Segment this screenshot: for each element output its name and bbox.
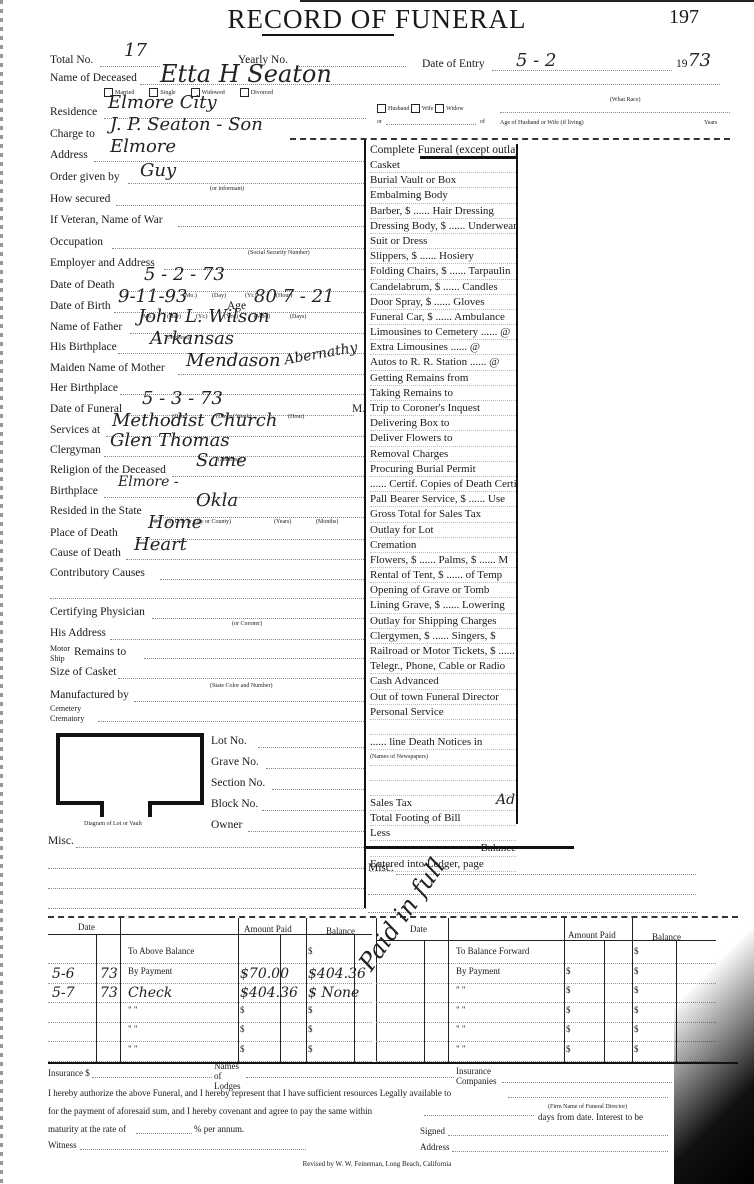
name-of-father-label: Name of Father bbox=[50, 321, 122, 333]
charge-item: Cash Advanced bbox=[370, 674, 516, 689]
ledger-cell-desc: " " bbox=[128, 1024, 138, 1034]
year-value[interactable]: 73 bbox=[688, 50, 711, 71]
ledger-row: By Payment$$ bbox=[376, 964, 716, 984]
ledger-row: " "$$ bbox=[376, 983, 716, 1003]
charge-item: Outlay for Lot bbox=[370, 523, 516, 538]
ledger-row: " "$$ bbox=[376, 1042, 716, 1062]
ledger-cell-paid: $ bbox=[566, 1024, 571, 1034]
lot-diagram-bottom-left bbox=[56, 801, 104, 805]
address-label: Address bbox=[50, 149, 88, 161]
ledger-cell-paid: $70.00 bbox=[240, 966, 289, 982]
insurance-label: Insurance $ bbox=[48, 1068, 90, 1078]
section-no-label: Section No. bbox=[211, 777, 265, 789]
widow-checkbox[interactable] bbox=[435, 104, 444, 113]
age-value[interactable]: 80 7 - 21 bbox=[254, 286, 335, 307]
ledger-cell-desc: " " bbox=[128, 1005, 138, 1015]
ledger-cell-balance: $ bbox=[308, 1005, 313, 1015]
ledger-cell-paid: $ bbox=[566, 1044, 571, 1054]
veteran-label: If Veteran, Name of War bbox=[50, 214, 163, 226]
his-birthplace-label: His Birthplace bbox=[50, 341, 117, 353]
ledger-cell-desc: By Payment bbox=[456, 966, 500, 976]
ledger-row: To Above Balance$ bbox=[48, 944, 372, 964]
spouse-of-label: of bbox=[480, 119, 485, 125]
percent-text: % per annum. bbox=[194, 1124, 244, 1134]
charge-item: Removal Charges bbox=[370, 447, 516, 462]
charges-right-border bbox=[516, 144, 518, 824]
race-line bbox=[500, 112, 730, 113]
days-text: days from date. Interest to be bbox=[538, 1112, 643, 1122]
state-color-sublabel: (State Color and Number) bbox=[210, 683, 272, 689]
ledger-cell-balance: $ bbox=[308, 1024, 313, 1034]
order-given-by-line bbox=[128, 183, 366, 184]
ledger-right-paid-header: Amount Paid bbox=[568, 930, 616, 940]
insurance-companies-label: Insurance Companies bbox=[456, 1066, 516, 1086]
years-label: Years bbox=[704, 120, 717, 126]
address-footer-label: Address bbox=[420, 1142, 450, 1152]
residence-label: Residence bbox=[50, 106, 97, 118]
ledger-cell-paid: $404.36 bbox=[240, 985, 298, 1001]
ledger-cell-desc: " " bbox=[128, 1044, 138, 1054]
ledger-cell-paid: $ bbox=[566, 966, 571, 976]
wife-checkbox[interactable] bbox=[411, 104, 420, 113]
ledger-right: Date Amount Paid Balance To Balance Forw… bbox=[376, 918, 716, 1062]
total-no-line bbox=[100, 66, 160, 67]
ledger-cell-yr: 73 bbox=[100, 966, 118, 982]
maturity-text: maturity at the rate of bbox=[48, 1124, 126, 1134]
charge-item: Delivering Box to bbox=[370, 416, 516, 431]
section-no-line bbox=[272, 789, 366, 790]
witness-label: Witness bbox=[48, 1140, 77, 1150]
spouse-or-label: or bbox=[377, 119, 382, 125]
religion-value[interactable]: Same bbox=[196, 450, 247, 471]
charge-item: Taking Remains to bbox=[370, 386, 516, 401]
ledger-bottom-rule bbox=[48, 1062, 738, 1064]
maiden-name-value[interactable]: Mendason bbox=[186, 350, 281, 371]
charges-bottom-rule bbox=[364, 846, 574, 849]
charge-item: Personal Service bbox=[370, 705, 516, 720]
charge-item: Candelabrum, $ ...... Candles bbox=[370, 280, 516, 295]
ledger-cell-paid: $ bbox=[566, 1005, 571, 1015]
charge-item bbox=[370, 781, 516, 796]
ledger-cell-desc: To Balance Forward bbox=[456, 946, 529, 956]
firm-name-label: (Firm Name of Funeral Director) bbox=[548, 1104, 627, 1110]
cause-of-death-value[interactable]: Heart bbox=[134, 534, 187, 555]
ledger-row: " "$$ bbox=[48, 1022, 372, 1042]
charge-item: Outlay for Shipping Charges bbox=[370, 614, 516, 629]
birthplace-label: Birthplace bbox=[50, 485, 98, 497]
name-of-father-value[interactable]: John L. Wilson bbox=[138, 306, 270, 327]
cemetery-label: Cemetery bbox=[50, 704, 81, 713]
ledger-row: To Balance Forward$ bbox=[376, 944, 716, 964]
ledger-left: Date Amount Paid Balance To Above Balanc… bbox=[48, 918, 372, 1062]
charge-item: Flowers, $ ...... Palms, $ ...... M bbox=[370, 553, 516, 568]
veteran-line bbox=[178, 226, 366, 227]
lot-no-line bbox=[258, 747, 366, 748]
rate-line bbox=[136, 1133, 192, 1134]
order-given-by-value[interactable]: Guy bbox=[140, 160, 176, 181]
occupation-line bbox=[112, 248, 366, 249]
ledger-cell-balance: $ bbox=[308, 946, 313, 956]
charge-item: Railroad or Motor Tickets, $ ...... Aero… bbox=[370, 644, 516, 659]
lot-diagram-label: Diagram of Lot or Vault bbox=[84, 821, 142, 827]
ledger-cell-date: 5-7 bbox=[52, 985, 75, 1001]
block-no-label: Block No. bbox=[211, 798, 258, 810]
place-of-death-label: Place of Death bbox=[50, 527, 118, 539]
date-of-birth-value[interactable]: 9-11-93 bbox=[118, 286, 187, 307]
misc-left-label: Misc. bbox=[48, 835, 74, 847]
ship-label: Ship bbox=[50, 654, 65, 663]
charge-item: Door Spray, $ ...... Gloves bbox=[370, 295, 516, 310]
authorize-text: I hereby authorize the above Funeral, an… bbox=[48, 1088, 451, 1098]
title-underline bbox=[262, 34, 394, 36]
lot-diagram-bottom-right bbox=[148, 801, 200, 805]
ledger-cell-date: 5-6 bbox=[52, 966, 75, 982]
authorize-line bbox=[508, 1097, 668, 1098]
grave-no-line bbox=[266, 768, 366, 769]
date-of-entry-label: Date of Entry bbox=[422, 58, 485, 70]
charge-item: Sales Tax bbox=[370, 796, 516, 811]
total-no-label: Total No. bbox=[50, 54, 93, 66]
ledger-left-date-header: Date bbox=[78, 922, 95, 932]
resided-in-state-value[interactable]: Okla bbox=[196, 490, 238, 511]
or-coroner-sublabel: (or Coroner) bbox=[232, 621, 262, 627]
scan-edge-artifact bbox=[0, 0, 3, 1184]
ledger-cell-balance: $404.36 bbox=[308, 966, 366, 982]
cause-of-death-label: Cause of Death bbox=[50, 547, 121, 559]
charge-item: Folding Chairs, $ ...... Tarpaulin bbox=[370, 264, 516, 279]
charge-item: Clergymen, $ ...... Singers, $ bbox=[370, 629, 516, 644]
column-divider bbox=[364, 140, 366, 908]
page-number: 197 bbox=[669, 6, 699, 29]
address-footer-line bbox=[452, 1151, 668, 1152]
charge-item: Rental of Tent, $ ...... of Temp bbox=[370, 568, 516, 583]
husband-checkbox[interactable] bbox=[377, 104, 386, 113]
clergyman-label: Clergyman bbox=[50, 444, 101, 456]
funeral-hour-sublabel: (Hour) bbox=[288, 414, 304, 420]
contributory-causes-line-2 bbox=[50, 598, 366, 599]
charge-item: Dressing Body, $ ...... Underwear bbox=[370, 219, 516, 234]
companies-line bbox=[502, 1082, 672, 1083]
ledger-cell-balance: $ bbox=[634, 1005, 639, 1015]
name-of-deceased-value[interactable]: Etta H Seaton bbox=[160, 60, 332, 88]
resided-in-state-label: Resided in the State bbox=[50, 505, 142, 517]
charge-item: ...... Certif. Copies of Death Certifica… bbox=[370, 477, 516, 492]
remains-to-line bbox=[144, 658, 366, 659]
wife-label: Wife bbox=[422, 106, 434, 112]
lot-diagram-leg-right bbox=[148, 801, 152, 817]
ledger-cell-desc: " " bbox=[456, 1024, 466, 1034]
insurance-line bbox=[92, 1077, 212, 1078]
charge-item: Autos to R. R. Station ...... @ bbox=[370, 355, 516, 370]
charge-item: Lining Grave, $ ...... Lowering bbox=[370, 598, 516, 613]
services-at-label: Services at bbox=[50, 424, 100, 436]
charge-item: Gross Total for Sales Tax bbox=[370, 507, 516, 522]
owner-label: Owner bbox=[211, 819, 242, 831]
religion-line bbox=[172, 476, 366, 477]
grave-no-label: Grave No. bbox=[211, 756, 259, 768]
charge-item bbox=[370, 766, 516, 781]
witness-line bbox=[80, 1149, 306, 1150]
cause-of-death-line bbox=[126, 559, 366, 560]
date-of-death-label: Date of Death bbox=[50, 279, 115, 291]
widow-label: Widow bbox=[446, 106, 463, 112]
top-border-line bbox=[300, 0, 754, 2]
ledger-cell-desc: " " bbox=[456, 1044, 466, 1054]
ledger-cell-desc: " " bbox=[456, 985, 466, 995]
resided-months-sublabel: (Months) bbox=[316, 519, 338, 525]
year-prefix: 19 bbox=[676, 58, 688, 70]
charge-item: Deliver Flowers to bbox=[370, 431, 516, 446]
services-at-value[interactable]: Methodist Church bbox=[112, 410, 277, 431]
or-informant-label: (or informant) bbox=[210, 186, 244, 192]
divorced-checkbox[interactable] bbox=[240, 88, 249, 97]
place-of-death-value[interactable]: Home bbox=[148, 512, 202, 533]
maiden-name-annotation[interactable]: Abernathy bbox=[283, 340, 359, 369]
charge-item: Less bbox=[370, 826, 516, 841]
crematory-label: Crematory bbox=[50, 714, 84, 723]
charge-item: Casket bbox=[370, 158, 516, 173]
charge-item: Procuring Burial Permit bbox=[370, 462, 516, 477]
spouse-or-line bbox=[386, 124, 476, 125]
page-title-text: RECORD OF FUNERAL bbox=[227, 4, 526, 35]
maiden-name-label: Maiden Name of Mother bbox=[50, 362, 165, 374]
motor-label: Motor bbox=[50, 644, 70, 653]
her-birthplace-label: Her Birthplace bbox=[50, 382, 118, 394]
charge-to-value[interactable]: J. P. Seaton - Son bbox=[110, 114, 263, 135]
size-of-casket-label: Size of Casket bbox=[50, 666, 116, 678]
ledger-left-header-rule bbox=[48, 934, 372, 935]
charge-item: Burial Vault or Box bbox=[370, 173, 516, 188]
resided-years-sublabel: (Years) bbox=[274, 519, 291, 525]
charge-item: Opening of Grave or Tomb bbox=[370, 583, 516, 598]
ledger-row: 5-773Check$404.36$ None bbox=[48, 983, 372, 1003]
ledger-cell-balance: $ bbox=[634, 985, 639, 995]
what-race-label: (What Race) bbox=[610, 97, 640, 103]
lot-diagram-leg-left bbox=[100, 801, 104, 817]
ledger-cell-paid: $ bbox=[240, 1024, 245, 1034]
remains-to-label: Remains to bbox=[74, 646, 126, 658]
ledger-right-date-header: Date bbox=[410, 924, 427, 934]
misc-left-line-4 bbox=[48, 908, 366, 909]
days-line bbox=[424, 1115, 534, 1116]
occupation-label: Occupation bbox=[50, 236, 103, 248]
charge-item: Trip to Coroner's Inquest bbox=[370, 401, 516, 416]
charge-item: Barber, $ ...... Hair Dressing bbox=[370, 204, 516, 219]
contributory-causes-line bbox=[160, 579, 366, 580]
name-of-deceased-label: Name of Deceased bbox=[50, 72, 137, 84]
scan-shadow-artifact bbox=[674, 864, 754, 1184]
block-no-line bbox=[262, 810, 366, 811]
contributory-causes-label: Contributory Causes bbox=[50, 567, 145, 579]
charges-heading-underline bbox=[420, 156, 518, 159]
ledger-row: 5-673By Payment$70.00$404.36 bbox=[48, 964, 372, 984]
charge-item: Total Footing of Bill bbox=[370, 811, 516, 826]
ledger-cell-desc: To Above Balance bbox=[128, 946, 194, 956]
spouse-options: Husband Wife Widow bbox=[377, 104, 464, 113]
his-address-label: His Address bbox=[50, 627, 106, 639]
names-of-lodges-label: Names of Lodges bbox=[214, 1061, 244, 1091]
charge-item: Telegr., Phone, Cable or Radio bbox=[370, 659, 516, 674]
residence-value[interactable]: Elmore City bbox=[108, 92, 217, 113]
misc-left-line-1 bbox=[76, 847, 366, 848]
ledger-cell-balance: $ bbox=[634, 966, 639, 976]
charge-to-label: Charge to bbox=[50, 128, 95, 140]
manufactured-by-label: Manufactured by bbox=[50, 689, 129, 701]
social-security-label: (Social Security Number) bbox=[248, 250, 310, 256]
husband-label: Husband bbox=[388, 106, 409, 112]
ledger-cell-balance: $ bbox=[634, 946, 639, 956]
size-of-casket-line bbox=[118, 678, 366, 679]
ledger-cell-desc: Check bbox=[128, 985, 172, 1001]
ledger-row: " "$$ bbox=[376, 1003, 716, 1023]
charge-item: Out of town Funeral Director bbox=[370, 690, 516, 705]
death-day-sublabel: (Day) bbox=[212, 293, 226, 299]
misc-left-line-3 bbox=[48, 888, 366, 889]
ledger-cell-balance: $ bbox=[308, 1044, 313, 1054]
less-annotation: Ad bbox=[496, 792, 515, 808]
misc-left-line-2 bbox=[48, 868, 366, 869]
charge-item: Getting Remains from bbox=[370, 371, 516, 386]
date-of-entry-value[interactable]: 5 - 2 bbox=[516, 50, 556, 71]
signed-line bbox=[448, 1135, 668, 1136]
ledger-cell-paid: $ bbox=[240, 1005, 245, 1015]
ledger-cell-yr: 73 bbox=[100, 985, 118, 1001]
maiden-name-line bbox=[178, 374, 366, 375]
charge-item: Limousines to Cemetery ...... @ bbox=[370, 325, 516, 340]
certifying-physician-label: Certifying Physician bbox=[50, 606, 145, 618]
ledger-row: " "$$ bbox=[48, 1042, 372, 1062]
charge-item: Suit or Dress bbox=[370, 234, 516, 249]
ledger-cell-balance: $ bbox=[634, 1024, 639, 1034]
charge-item: Extra Limousines ...... @ bbox=[370, 340, 516, 355]
charge-item: Pall Bearer Service, $ ...... Use bbox=[370, 492, 516, 507]
total-no-value[interactable]: 17 bbox=[124, 40, 147, 61]
charges-list: Complete Funeral (except outlays)CasketB… bbox=[370, 143, 516, 872]
date-of-birth-label: Date of Birth bbox=[50, 300, 111, 312]
ledger-cell-balance: $ None bbox=[308, 985, 359, 1001]
owner-line bbox=[248, 831, 366, 832]
charge-item: (Names of Newspapers) bbox=[370, 750, 516, 765]
charge-item: ...... line Death Notices in bbox=[370, 735, 516, 750]
ledger-left-paid-header: Amount Paid bbox=[244, 924, 292, 934]
charge-item: Cremation bbox=[370, 538, 516, 553]
lot-diagram-box bbox=[56, 733, 204, 805]
address-line bbox=[94, 161, 366, 162]
certifying-physician-line bbox=[152, 618, 366, 619]
his-birthplace-value[interactable]: Arkansas bbox=[150, 328, 234, 349]
payment-text: for the payment of aforesaid sum, and I … bbox=[48, 1106, 372, 1116]
date-of-death-value[interactable]: 5 - 2 - 73 bbox=[144, 264, 225, 285]
manufactured-by-line bbox=[134, 701, 366, 702]
signed-label: Signed bbox=[420, 1126, 445, 1136]
employer-label: Employer and Address bbox=[50, 257, 155, 269]
ledger-cell-desc: " " bbox=[456, 1005, 466, 1015]
charge-item: Funeral Car, $ ...... Ambulance bbox=[370, 310, 516, 325]
ledger-cell-paid: $ bbox=[566, 985, 571, 995]
ledger-right-header-rule bbox=[376, 940, 716, 941]
charge-item bbox=[370, 720, 516, 735]
age-spouse-label: Age of Husband or Wife (if living) bbox=[500, 120, 584, 126]
address-value[interactable]: Elmore bbox=[110, 136, 176, 157]
lodges-line bbox=[246, 1077, 454, 1078]
ledger-cell-balance: $ bbox=[634, 1044, 639, 1054]
revised-by-credit: Revised by W. W. Feineman, Long Beach, C… bbox=[0, 1160, 754, 1168]
date-of-funeral-value[interactable]: 5 - 3 - 73 bbox=[142, 388, 223, 409]
page-title: RECORD OF FUNERAL bbox=[0, 4, 754, 35]
order-given-by-label: Order given by bbox=[50, 171, 120, 183]
age-days-sublabel: (Days) bbox=[290, 314, 306, 320]
clergyman-value[interactable]: Glen Thomas bbox=[110, 430, 230, 451]
charge-item: Embalming Body bbox=[370, 188, 516, 203]
charge-to-divider bbox=[290, 138, 730, 140]
his-address-line bbox=[110, 639, 366, 640]
ledger-row: " "$$ bbox=[48, 1003, 372, 1023]
charge-item: Balance bbox=[370, 841, 516, 856]
charge-item: Slippers, $ ...... Hosiery bbox=[370, 249, 516, 264]
ledger-cell-paid: $ bbox=[240, 1044, 245, 1054]
lot-no-label: Lot No. bbox=[211, 735, 247, 747]
divorced-label: Divorced bbox=[251, 90, 273, 96]
how-secured-label: How secured bbox=[50, 193, 110, 205]
cemetery-line bbox=[98, 721, 366, 722]
ledger-cell-desc: By Payment bbox=[128, 966, 172, 976]
misc-right-label: Misc. bbox=[368, 862, 394, 874]
ledger-row: " "$$ bbox=[376, 1022, 716, 1042]
birthplace-value[interactable]: Elmore - bbox=[118, 474, 179, 490]
how-secured-line bbox=[116, 205, 366, 206]
